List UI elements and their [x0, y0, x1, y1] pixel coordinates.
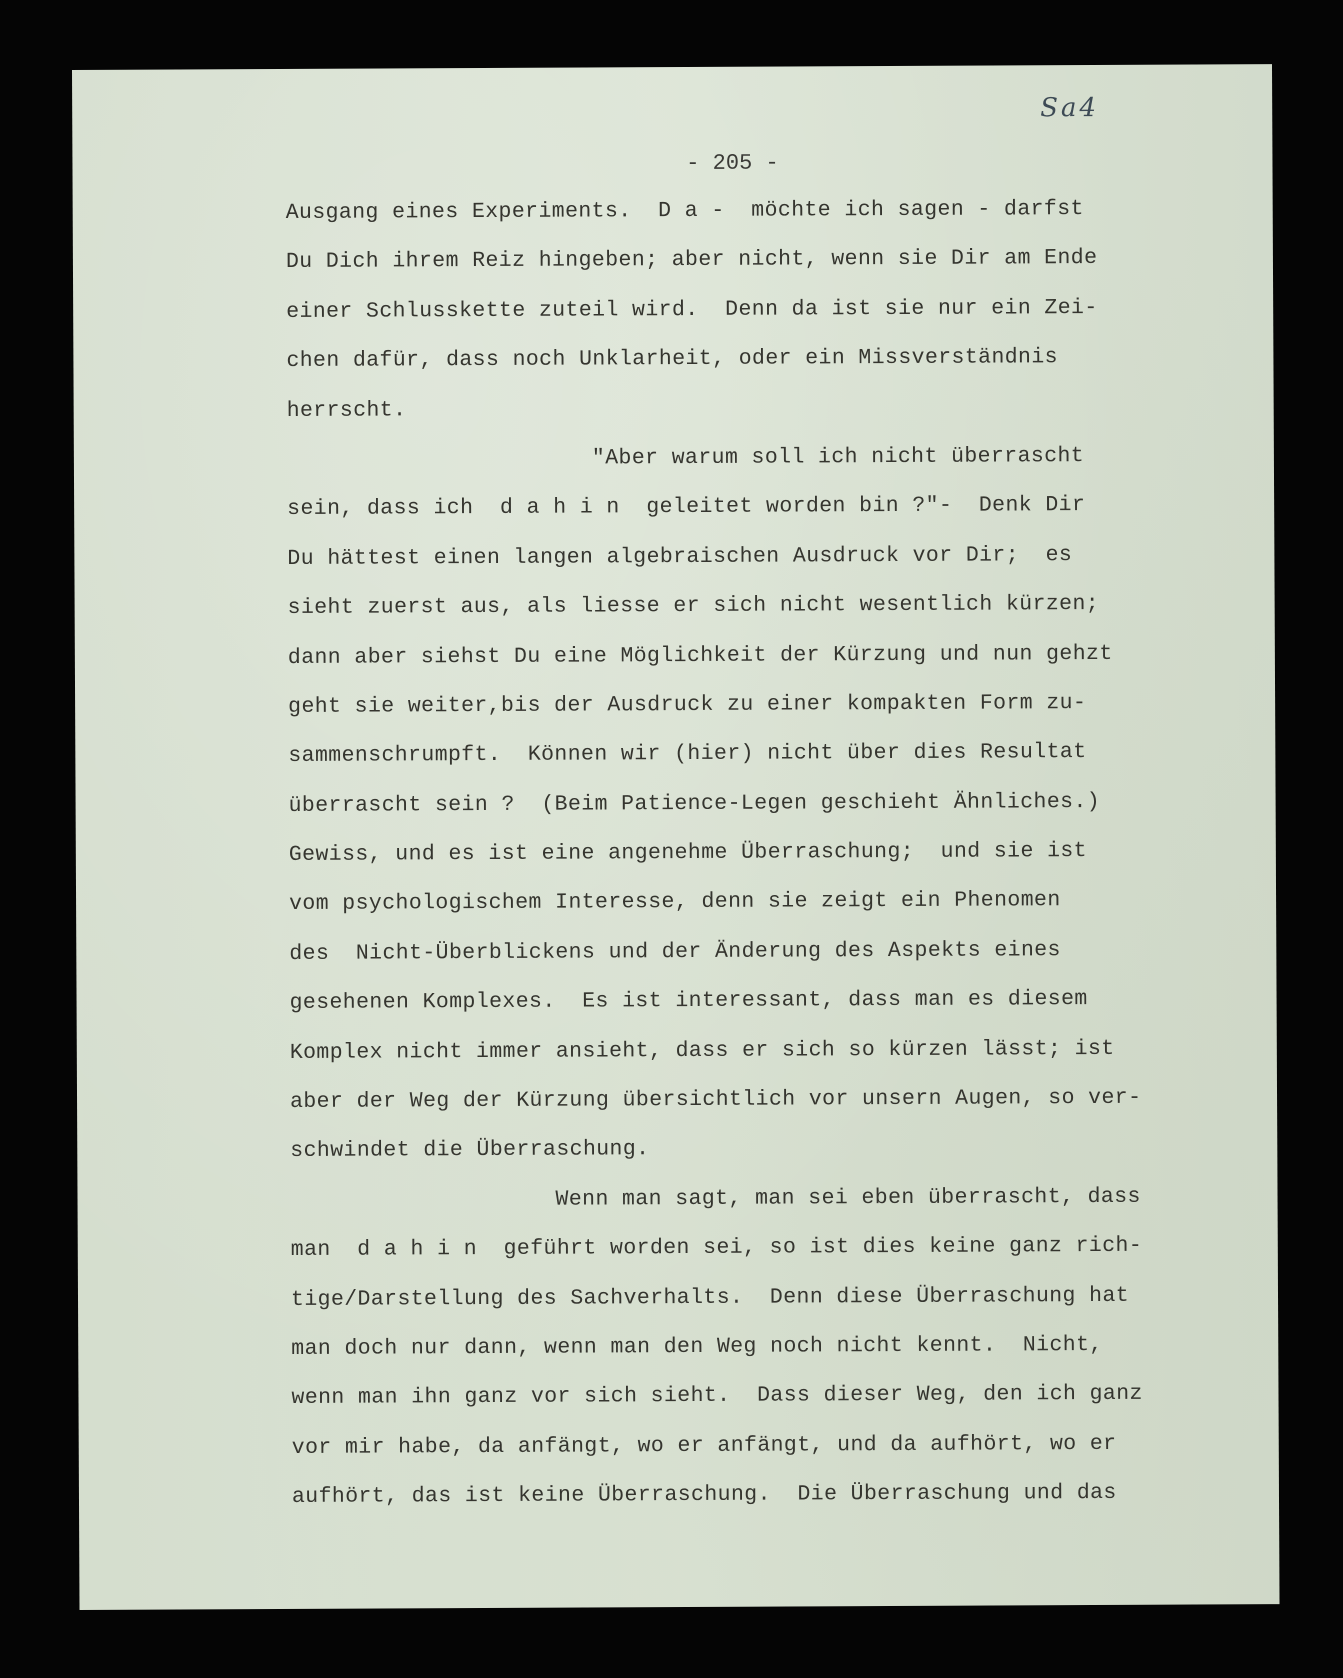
text-line: des Nicht-Überblickens und der Änderung …: [289, 925, 1249, 979]
typewritten-page: Sa4 - 205 - Ausgang eines Experiments. D…: [72, 64, 1280, 1610]
text-line: Du hättest einen langen algebraischen Au…: [287, 530, 1247, 584]
text-line: sein, dass ich d a h i n geleitet worden…: [287, 481, 1247, 535]
text-line: überrascht sein ? (Beim Patience-Legen g…: [288, 777, 1248, 831]
text-line: einer Schlusskette zuteil wird. Denn da …: [286, 283, 1246, 337]
handwritten-archive-note: Sa4: [1040, 93, 1099, 123]
page-number: - 205 -: [72, 148, 1272, 179]
text-line: vor mir habe, da anfängt, wo er anfängt,…: [292, 1419, 1252, 1473]
text-line: geht sie weiter,bis der Ausdruck zu eine…: [288, 678, 1248, 732]
paragraph-start-line: "Aber warum soll ich nicht überrascht: [287, 431, 1247, 485]
text-line: wenn man ihn ganz vor sich sieht. Dass d…: [291, 1370, 1251, 1424]
text-line: man doch nur dann, wenn man den Weg noch…: [291, 1320, 1251, 1374]
paragraph-start-line: Wenn man sagt, man sei eben überrascht, …: [290, 1172, 1250, 1226]
text-line: chen dafür, dass noch Unklarheit, oder e…: [286, 332, 1246, 386]
text-line: man d a h i n geführt worden sei, so ist…: [291, 1221, 1251, 1275]
text-line: aufhört, das ist keine Überraschung. Die…: [292, 1468, 1252, 1522]
text-line: aber der Weg der Kürzung übersichtlich v…: [290, 1073, 1250, 1127]
text-line: schwindet die Überraschung.: [290, 1123, 1250, 1177]
text-line: sieht zuerst aus, als liesse er sich nic…: [288, 579, 1248, 633]
text-line: Ausgang eines Experiments. D a - möchte …: [286, 184, 1246, 238]
text-line: gesehenen Komplexes. Es ist interessant,…: [289, 975, 1249, 1029]
page-body: Ausgang eines Experiments. D a - möchte …: [286, 184, 1253, 1522]
text-line: Du Dich ihrem Reiz hingeben; aber nicht,…: [286, 234, 1246, 288]
text-line: tige/Darstellung des Sachverhalts. Denn …: [291, 1271, 1251, 1325]
text-line: herrscht.: [287, 382, 1247, 436]
text-line: Gewiss, und es ist eine angenehme Überra…: [289, 826, 1249, 880]
text-line: dann aber siehst Du eine Möglichkeit der…: [288, 629, 1248, 683]
text-line: sammenschrumpft. Können wir (hier) nicht…: [288, 728, 1248, 782]
text-line: Komplex nicht immer ansieht, dass er sic…: [290, 1024, 1250, 1078]
text-line: vom psychologischem Interesse, denn sie …: [289, 876, 1249, 930]
